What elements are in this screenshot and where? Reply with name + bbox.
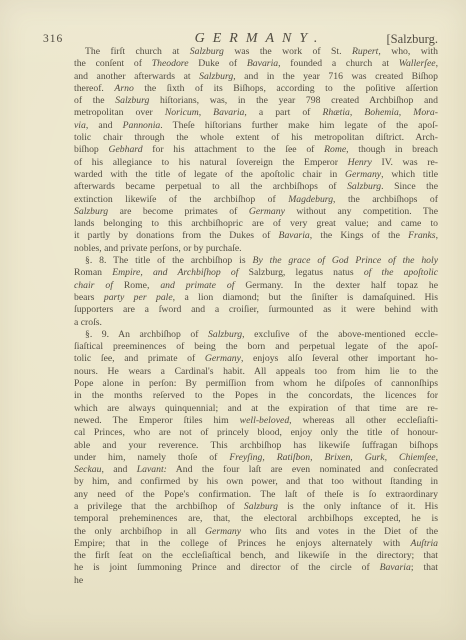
- text-segment: party per pale: [104, 292, 173, 303]
- text-line: tolic chair through the whole extent of …: [74, 132, 438, 144]
- text-segment: Franks: [408, 230, 435, 241]
- text-segment: Salzburg: [347, 181, 381, 192]
- text-segment: Salzburg: [244, 501, 278, 512]
- text-segment: , though in breach: [346, 144, 438, 155]
- text-line: afterwards became perpetual to all the a…: [74, 181, 438, 193]
- text-segment: Rhætia, Bohemia, Mora-: [322, 107, 438, 118]
- text-segment: And the four laſt are even nominated and…: [167, 464, 438, 475]
- text-segment: was the work of St.: [224, 46, 352, 57]
- text-segment: Empire; that in the college of Princes h…: [74, 538, 411, 549]
- text-line: Roman Empire, and Archbiſhop of Salzburg…: [74, 267, 438, 279]
- text-segment: Magdeburg: [288, 194, 333, 205]
- text-segment: nours. He wears a Cardinal's habit. All …: [74, 366, 438, 377]
- text-segment: Theodore: [152, 58, 189, 69]
- text-segment: for his attachment to the ſee of: [143, 144, 325, 155]
- text-segment: Pannonia: [123, 120, 161, 131]
- text-segment: §. 8. The title of the archbiſhop is: [85, 255, 253, 266]
- text-segment: by him, and confirmed by his own power, …: [74, 476, 438, 487]
- text-segment: Gebhard: [108, 144, 142, 155]
- page-header: 316 GERMANY. [Salzburg.: [74, 31, 438, 47]
- text-segment: via: [74, 120, 86, 131]
- text-segment: a croſs.: [74, 317, 102, 328]
- text-segment: , the Kings of the: [310, 230, 408, 241]
- text-segment: well-beloved: [240, 415, 290, 426]
- book-page: 316 GERMANY. [Salzburg. The firſt church…: [0, 0, 466, 640]
- text-segment: , whereas all other eccleſiaſti-: [289, 415, 438, 426]
- text-segment: the ſixth of its Biſhops, according to t…: [134, 83, 438, 94]
- text-line: newed. The Emperor ſtiles him well-belov…: [74, 415, 438, 427]
- text-segment: Henry: [348, 157, 372, 168]
- text-segment: Rome: [324, 144, 346, 155]
- text-segment: in the months reſerved to the Popes in t…: [74, 390, 438, 401]
- text-segment: metropolitan over: [74, 107, 165, 118]
- text-segment: under him, namely thoſe of: [74, 452, 229, 463]
- text-segment: Bavaria: [279, 230, 310, 241]
- text-segment: Auſtria: [411, 538, 438, 549]
- text-segment: Germany: [205, 353, 241, 364]
- text-line: bears party per pale, a lion diamond; bu…: [74, 292, 438, 304]
- text-line: the only archbiſhop in all Germany who ſ…: [74, 526, 438, 538]
- text-segment: bears: [74, 292, 104, 303]
- section-label: [Salzburg.: [387, 32, 439, 47]
- text-segment: Salzburg: [208, 329, 242, 340]
- text-segment: ,: [436, 230, 438, 241]
- catchword: he: [74, 575, 438, 587]
- text-segment: newed. The Emperor ſtiles him: [74, 415, 240, 426]
- text-segment: the firſt ſeat on the eccleſiaſtical ben…: [74, 550, 438, 561]
- text-segment: Rupert: [352, 46, 378, 57]
- text-line: via, and Pannonia. Theſe hiſtorians furt…: [74, 120, 438, 132]
- text-line: of the Salzburg hiſtorians, was, in the …: [74, 95, 438, 107]
- text-segment: Seckau: [74, 464, 101, 475]
- text-segment: Salzburg, legatus natus: [249, 267, 364, 278]
- text-line: under him, namely thoſe of Freyſing, Rat…: [74, 452, 438, 464]
- text-line: Salzburg are become primates of Germany …: [74, 206, 438, 218]
- text-segment: lands belonging to this archbiſhopric ar…: [74, 218, 438, 229]
- text-segment: any need of the Pope's confirmation. The…: [74, 489, 438, 500]
- text-segment: , enjoys alſo ſeveral other important ho…: [241, 353, 438, 364]
- text-line: the firſt ſeat on the eccleſiaſtical ben…: [74, 550, 438, 562]
- text-line: metropolitan over Noricum, Bavaria, a pa…: [74, 107, 438, 119]
- text-segment: Arno: [114, 83, 133, 94]
- text-segment: . Theſe hiſtorians further make him lega…: [160, 120, 438, 131]
- text-segment: , and: [101, 464, 136, 475]
- text-line: §. 8. The title of the archbiſhop is By …: [74, 255, 438, 267]
- text-segment: , the archbiſhops of: [333, 194, 438, 205]
- text-line: warded with the title of legate of the a…: [74, 169, 438, 181]
- text-line: and another afterwards at Salzburg, and …: [74, 71, 438, 83]
- text-line: a croſs.: [74, 317, 438, 329]
- text-segment: Germany: [345, 169, 381, 180]
- running-title: GERMANY.: [74, 31, 438, 47]
- text-segment: . Since the: [381, 181, 438, 192]
- text-line: Empire; that in the college of Princes h…: [74, 538, 438, 550]
- text-line: temporal preheminences are, that, the el…: [74, 513, 438, 525]
- text-line: §. 9. An archbiſhop of Salzburg, excluſi…: [74, 329, 438, 341]
- text-segment: ſupporters are a ſword and a croiſier, ſ…: [74, 304, 438, 315]
- text-segment: it partly by donations from the Dukes of: [74, 230, 279, 241]
- text-segment: is the only inſtance of it. His: [278, 501, 438, 512]
- text-line: ſiaſtical preeminences of being the born…: [74, 341, 438, 353]
- text-line: The firſt church at Salzburg was the wor…: [74, 46, 438, 58]
- text-segment: , and in the year 716 was created Biſhop: [233, 71, 438, 82]
- text-segment: Pope alone in perſon: By permiſſion from…: [74, 378, 438, 389]
- text-segment: Wallerſee: [399, 58, 436, 69]
- text-segment: Freyſing, Ratiſbon, Brixen, Gurk, Chiemſ…: [229, 452, 435, 463]
- text-segment: afterwards became perpetual to all the a…: [74, 181, 347, 192]
- text-line: biſhop Gebhard for his attachment to the…: [74, 144, 438, 156]
- text-line: Seckau, and Lavant: And the four laſt ar…: [74, 464, 438, 476]
- text-segment: Salzburg: [199, 71, 233, 82]
- text-segment: Lavant:: [137, 464, 167, 475]
- text-segment: The firſt church at: [85, 46, 190, 57]
- text-line: tolic ſee, and primate of Germany, enjoy…: [74, 353, 438, 365]
- text-segment: ſiaſtical preeminences of being the born…: [74, 341, 438, 352]
- text-segment: Bavaria: [380, 562, 411, 573]
- text-segment: and another afterwards at: [74, 71, 199, 82]
- text-segment: extinction likewiſe of the archbiſhop of: [74, 194, 288, 205]
- text-segment: Bavaria: [247, 58, 278, 69]
- text-segment: , a part of: [244, 107, 322, 118]
- text-segment: biſhop: [74, 144, 108, 155]
- text-segment: cal Princes, who are not of princely blo…: [74, 427, 438, 438]
- text-line: nours. He wears a Cardinal's habit. All …: [74, 366, 438, 378]
- text-segment: of the: [74, 95, 115, 106]
- text-line: Pope alone in perſon: By permiſſion from…: [74, 378, 438, 390]
- text-segment: Roman: [74, 267, 112, 278]
- text-segment: thereof.: [74, 83, 114, 94]
- text-line: any need of the Pope's confirmation. The…: [74, 489, 438, 501]
- text-segment: ,: [436, 58, 438, 69]
- text-segment: Germany: [205, 526, 241, 537]
- page-number: 316: [43, 33, 63, 45]
- text-segment: Salzburg: [115, 95, 149, 106]
- text-line: lands belonging to this archbiſhopric ar…: [74, 218, 438, 230]
- text-line: able and your reverence. This archbiſhop…: [74, 440, 438, 452]
- text-segment: Rome: [124, 280, 147, 291]
- text-segment: who ſits and votes in the Diet of the: [241, 526, 438, 537]
- text-segment: IV. was re-: [372, 157, 438, 168]
- text-line: extinction likewiſe of the archbiſhop of…: [74, 194, 438, 206]
- text-segment: By the grace of God Prince of the holy: [253, 255, 438, 266]
- text-segment: a privilege that the archbiſhop of: [74, 501, 244, 512]
- text-line: ſupporters are a ſword and a croiſier, ſ…: [74, 304, 438, 316]
- text-segment: which are always quinquennial; and at th…: [74, 403, 438, 414]
- text-line: he is joint ſummoning Prince and directo…: [74, 562, 438, 574]
- text-segment: Duke of: [189, 58, 247, 69]
- body-text: The firſt church at Salzburg was the wor…: [74, 46, 438, 587]
- text-line: a privilege that the archbiſhop of Salzb…: [74, 501, 438, 513]
- text-segment: Salzburg: [190, 46, 224, 57]
- text-line: chair of Rome, and primate of Germany. I…: [74, 280, 438, 292]
- text-segment: . In the dexter half topaz he: [281, 280, 438, 291]
- text-segment: are become primates of: [108, 206, 249, 217]
- text-segment: , which title: [381, 169, 438, 180]
- text-line: cal Princes, who are not of princely blo…: [74, 427, 438, 439]
- text-segment: hiſtorians, was, in the year 798 created…: [149, 95, 438, 106]
- text-segment: , excluſive of the above-mentioned eccle…: [242, 329, 438, 340]
- text-segment: , a lion diamond; but the ſiniſter is da…: [173, 292, 438, 303]
- text-segment: tolic chair through the whole extent of …: [74, 132, 438, 143]
- text-line: which are always quinquennial; and at th…: [74, 403, 438, 415]
- text-segment: Germany: [245, 280, 280, 291]
- text-segment: tolic ſee, and primate of: [74, 353, 205, 364]
- text-line: of his allegiance to his natural ſoverei…: [74, 157, 438, 169]
- text-segment: nobles, and private perſons, or by purch…: [74, 243, 242, 254]
- text-line: by him, and confirmed by his own power, …: [74, 476, 438, 488]
- text-line: the conſent of Theodore Duke of Bavaria,…: [74, 58, 438, 70]
- text-segment: , and: [86, 120, 123, 131]
- text-segment: ,: [436, 452, 438, 463]
- text-segment: §. 9. An archbiſhop of: [85, 329, 208, 340]
- text-segment: able and your reverence. This archbiſhop…: [74, 440, 438, 451]
- text-segment: the conſent of: [74, 58, 152, 69]
- text-segment: of the apoſtolic: [364, 267, 438, 278]
- text-segment: warded with the title of legate of the a…: [74, 169, 345, 180]
- text-line: in the months reſerved to the Popes in t…: [74, 390, 438, 402]
- text-segment: Noricum, Bavaria: [165, 107, 245, 118]
- text-segment: Germany: [249, 206, 285, 217]
- text-segment: chair of: [74, 280, 124, 291]
- text-segment: Salzburg: [74, 206, 108, 217]
- text-segment: he is joint ſummoning Prince and directo…: [74, 562, 380, 573]
- text-segment: , who, with: [378, 46, 438, 57]
- text-segment: without any competition. The: [285, 206, 438, 217]
- text-segment: the only archbiſhop in all: [74, 526, 205, 537]
- text-line: nobles, and private perſons, or by purch…: [74, 243, 438, 255]
- text-segment: , and primate of: [147, 280, 245, 291]
- text-segment: ; that: [411, 562, 438, 573]
- text-line: thereof. Arno the ſixth of its Biſhops, …: [74, 83, 438, 95]
- text-segment: , founded a church at: [278, 58, 399, 69]
- text-line: it partly by donations from the Dukes of…: [74, 230, 438, 242]
- text-segment: Empire, and Archbiſhop of: [112, 267, 248, 278]
- text-segment: temporal preheminences are, that, the el…: [74, 513, 438, 524]
- text-segment: of his allegiance to his natural ſoverei…: [74, 157, 348, 168]
